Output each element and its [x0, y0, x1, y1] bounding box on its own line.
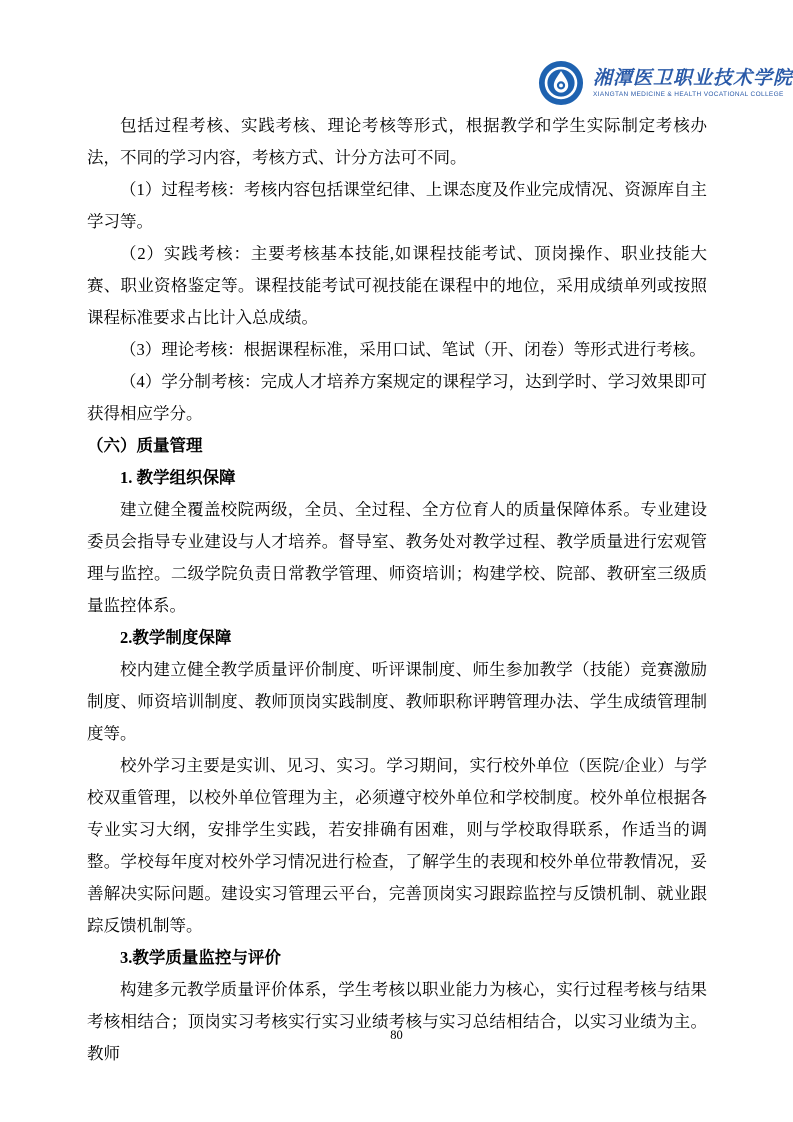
paragraph: 构建多元教学质量评价体系，学生考核以职业能力为核心，实行过程考核与结果考核相结合…	[87, 974, 707, 1070]
page-footer: 80	[0, 1026, 793, 1044]
paragraph: 包括过程考核、实践考核、理论考核等形式，根据教学和学生实际制定考核办法，不同的学…	[87, 110, 707, 174]
paragraph: （2）实践考核：主要考核基本技能,如课程技能考试、顶岗操作、职业技能大赛、职业资…	[87, 238, 707, 334]
college-logo: 湘潭医卫职业技术学院 XIANGTAN MEDICINE & HEALTH VO…	[538, 60, 793, 106]
document-page: 湘潭医卫职业技术学院 XIANGTAN MEDICINE & HEALTH VO…	[0, 0, 793, 1122]
section-heading: 1. 教学组织保障	[87, 462, 707, 494]
college-logo-text: 湘潭医卫职业技术学院 XIANGTAN MEDICINE & HEALTH VO…	[593, 68, 793, 98]
section-heading: 2.教学制度保障	[87, 622, 707, 654]
paragraph: （1）过程考核：考核内容包括课堂纪律、上课态度及作业完成情况、资源库自主学习等。	[87, 174, 707, 238]
paragraph: （4）学分制考核：完成人才培养方案规定的课程学习，达到学时、学习效果即可获得相应…	[87, 366, 707, 430]
paragraph: 建立健全覆盖校院两级，全员、全过程、全方位育人的质量保障体系。专业建设委员会指导…	[87, 494, 707, 622]
section-heading: （六）质量管理	[87, 430, 707, 462]
paragraph: （3）理论考核：根据课程标准，采用口试、笔试（开、闭卷）等形式进行考核。	[87, 334, 707, 366]
paragraph: 校内建立健全教学质量评价制度、听评课制度、师生参加教学（技能）竞赛激励制度、师资…	[87, 654, 707, 750]
document-body: 包括过程考核、实践考核、理论考核等形式，根据教学和学生实际制定考核办法，不同的学…	[87, 110, 707, 1070]
college-name-zh: 湘潭医卫职业技术学院	[593, 68, 793, 90]
paragraph: 校外学习主要是实训、见习、实习。学习期间，实行校外单位（医院/企业）与学校双重管…	[87, 750, 707, 942]
section-heading: 3.教学质量监控与评价	[87, 942, 707, 974]
college-name-en: XIANGTAN MEDICINE & HEALTH VOCATIONAL CO…	[593, 91, 793, 98]
college-emblem-icon	[538, 60, 584, 106]
page-number: 80	[390, 1028, 403, 1042]
